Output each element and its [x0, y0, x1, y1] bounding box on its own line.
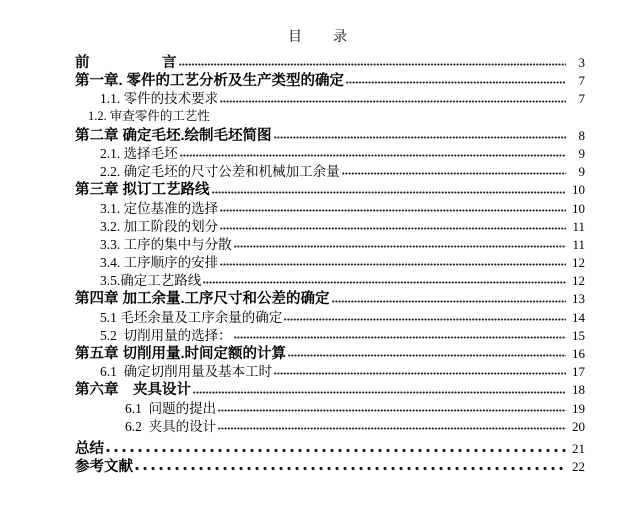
toc-entry-3-4[interactable]: 3.4. 工序顺序的安排 12 [75, 251, 585, 269]
toc-entry-text: 3.1. 定位基准的选择 [100, 197, 218, 217]
toc-entry-chapter3[interactable]: 第三章 拟订工艺路线 10 [75, 178, 585, 196]
toc-page-number: 10 [567, 201, 585, 217]
toc-page-number: 13 [567, 291, 585, 307]
dot-leader [212, 117, 566, 122]
dot-leader [220, 208, 566, 213]
toc-page-number: 20 [567, 419, 585, 435]
dot-leader [218, 426, 566, 431]
dot-leader [220, 262, 566, 267]
dot-leader [212, 190, 566, 195]
toc-page-number: 17 [567, 364, 585, 380]
toc-entry-6-2-fixture[interactable]: 6.2 夹具的设计 20 [75, 415, 585, 433]
dot-leader [234, 335, 566, 340]
toc-page-number: 11 [567, 237, 585, 253]
toc-entry-3-3[interactable]: 3.3. 工序的集中与分散 11 [75, 233, 585, 251]
toc-entry-text: 1.2. 审查零件的工艺性 [88, 106, 210, 124]
toc-entry-text: 2.1. 选择毛坯 [100, 142, 178, 162]
dot-leader [288, 353, 566, 358]
toc-entry-foreword[interactable]: 前 言 3 [75, 51, 585, 69]
dot-leader [193, 390, 566, 395]
dot-leader [274, 135, 566, 140]
dot-leader [284, 317, 566, 322]
toc-entry-text: 6.1 问题的提出 [125, 397, 216, 417]
toc-entry-6-1-problem[interactable]: 6.1 问题的提出 19 [75, 397, 585, 415]
toc-title: 目 录 [0, 0, 636, 46]
toc-entry-text: 3.2. 加工阶段的划分 [100, 215, 218, 235]
toc-page-number: 7 [567, 91, 585, 107]
toc-entry-references[interactable]: 参考文献 22 [75, 455, 585, 473]
toc-entry-text: 1.1. 零件的技术要求 [100, 87, 218, 107]
toc-entry-text: 6.1 确定切削用量及基本工时 [100, 360, 272, 380]
document-page: 目 录 前 言 3 第一章. 零件的工艺分析及生产类型的确定 7 1.1. 零件… [0, 0, 636, 506]
toc-entry-6-1-cutting[interactable]: 6.1 确定切削用量及基本工时 17 [75, 360, 585, 378]
toc-page-number: 3 [567, 55, 585, 71]
toc-entry-chapter6[interactable]: 第六章 夹具设计 18 [75, 378, 585, 396]
dot-leader [274, 371, 566, 376]
toc-entry-5-1[interactable]: 5.1 毛坯余量及工序余量的确定 14 [75, 306, 585, 324]
toc-entry-chapter5[interactable]: 第五章 切削用量.时间定额的计算 16 [75, 342, 585, 360]
dot-leader [218, 408, 566, 413]
toc-entry-text: 6.2 夹具的设计 [125, 415, 216, 435]
toc-entry-text: 3.3. 工序的集中与分散 [100, 233, 232, 253]
dot-leader [342, 171, 566, 176]
toc-page-number: 12 [567, 255, 585, 271]
toc-entry-5-2[interactable]: 5.2 切削用量的选择： 15 [75, 324, 585, 342]
toc-page-number: 12 [567, 273, 585, 289]
toc-page-number: 18 [567, 382, 585, 398]
toc-entry-text: 5.1 毛坯余量及工序余量的确定 [100, 306, 282, 326]
toc-entry-2-2[interactable]: 2.2. 确定毛坯的尺寸公差和机械加工余量 9 [75, 160, 585, 178]
toc-entry-text: 3.4. 工序顺序的安排 [100, 251, 218, 271]
dot-leader [203, 280, 566, 285]
toc-page-number: 9 [567, 164, 585, 180]
toc-entry-3-1[interactable]: 3.1. 定位基准的选择 10 [75, 197, 585, 215]
toc-entry-3-5[interactable]: 3.5.确定工艺路线 12 [75, 269, 585, 287]
dot-leader [332, 299, 566, 304]
toc-page-number: 7 [567, 73, 585, 89]
toc-page-number: 22 [567, 459, 585, 475]
table-of-contents: 前 言 3 第一章. 零件的工艺分析及生产类型的确定 7 1.1. 零件的技术要… [0, 51, 636, 473]
dot-leader [180, 153, 566, 158]
toc-entry-chapter4[interactable]: 第四章 加工余量.工序尺寸和公差的确定 13 [75, 287, 585, 305]
toc-page-number: 15 [567, 328, 585, 344]
toc-page-number: 14 [567, 310, 585, 326]
toc-page-number: 11 [567, 219, 585, 235]
dot-leader [106, 448, 566, 453]
toc-page-number: 21 [567, 441, 585, 457]
dot-leader [234, 244, 566, 249]
toc-entry-chapter2[interactable]: 第二章 确定毛坯.绘制毛坯简图 8 [75, 124, 585, 142]
dot-leader [179, 62, 567, 67]
toc-page-number: 8 [567, 128, 585, 144]
dot-leader [220, 226, 566, 231]
dot-leader [135, 466, 566, 471]
toc-entry-text: 5.2 切削用量的选择： [100, 324, 232, 344]
toc-page-number: 9 [567, 146, 585, 162]
toc-entry-3-2[interactable]: 3.2. 加工阶段的划分 11 [75, 215, 585, 233]
toc-entry-1-2[interactable]: 1.2. 审查零件的工艺性 [75, 106, 585, 124]
toc-entry-text: 2.2. 确定毛坯的尺寸公差和机械加工余量 [100, 160, 340, 180]
toc-entry-chapter1[interactable]: 第一章. 零件的工艺分析及生产类型的确定 7 [75, 69, 585, 87]
toc-entry-text: 3.5.确定工艺路线 [100, 269, 201, 289]
dot-leader [346, 80, 566, 85]
toc-page-number: 16 [567, 346, 585, 362]
toc-page-number: 19 [567, 401, 585, 417]
dot-leader [220, 99, 566, 104]
toc-entry-text: 参考文献 [75, 455, 133, 476]
toc-page-number: 10 [567, 182, 585, 198]
toc-entry-2-1[interactable]: 2.1. 选择毛坯 9 [75, 142, 585, 160]
toc-entry-summary[interactable]: 总结 21 [75, 437, 585, 455]
